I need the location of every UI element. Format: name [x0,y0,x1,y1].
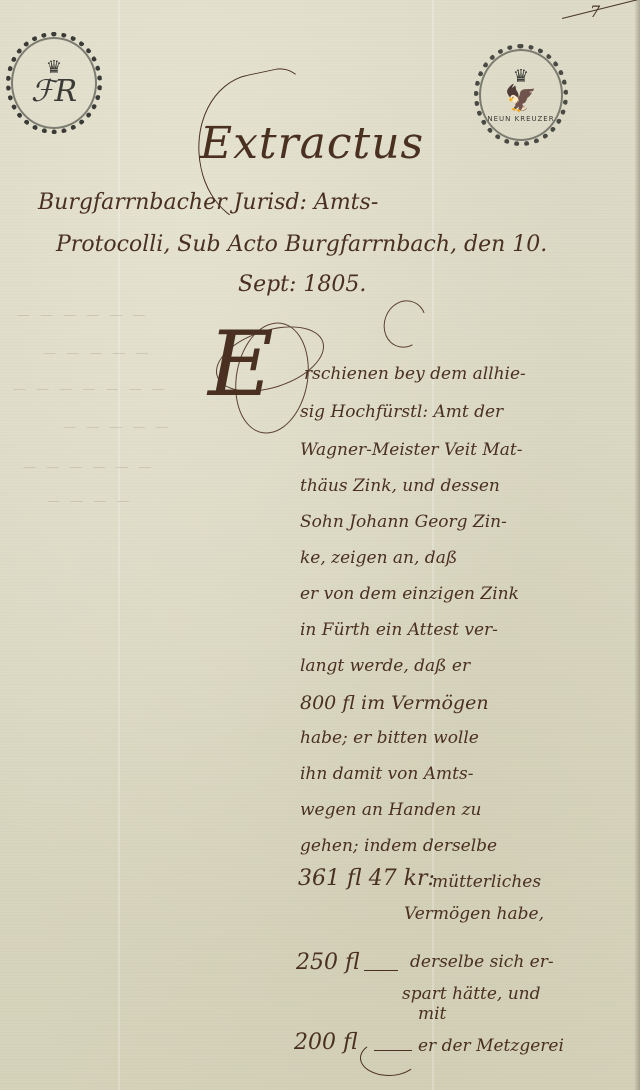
body-line: wegen an Handen zu [300,800,482,820]
bleed-through-text: — — — — — [60,420,169,435]
body-line: er von dem einzigen Zink [300,584,519,604]
entry-description: derselbe sich er- [410,952,554,972]
body-line: Sohn Johann Georg Zin- [300,512,507,532]
document-title: Extractus [200,118,424,169]
body-line: 800 fl im Vermögen [300,692,489,714]
eagle-tax-stamp-icon: ♛ 🦅 NEUN KREUZER [474,44,568,146]
bleed-through-text: — — — — — — — [10,382,165,397]
entry-amount: 200 fl [294,1030,358,1055]
body-line: thäus Zink, und dessen [300,476,500,496]
bleed-through-text: — — — — [44,494,129,509]
scanned-document-page: — — — — — — — — — — — — — — — — — — — — … [0,0,640,1090]
body-line: ihn damit von Amts- [300,764,473,784]
body-line: sig Hochfürstl: Amt der [300,402,503,422]
initial-flourish [377,294,433,353]
entry-amount: 361 fl 47 kr: [298,866,435,891]
body-line: habe; er bitten wolle [300,728,479,748]
entry-description: mit [418,1004,446,1024]
crown-monogram-seal-icon: ♛ ℱR [6,32,102,134]
paper-fold-line [118,0,120,1090]
entry-amount: 250 fl [296,950,360,975]
entry-dash [364,970,398,971]
bleed-through-text: — — — — — — [14,308,146,323]
body-line: gehen; indem derselbe [300,836,497,856]
entry-description: mütterliches [432,872,541,892]
heading-line: Sept: 1805. [238,272,366,297]
page-edge-shadow [634,0,640,1090]
paper-fold-line [432,0,434,1090]
stamp-value-text: NEUN KREUZER [487,115,554,123]
bleed-through-text: — — — — — — [20,460,152,475]
entry-description: er der Metzgerei [418,1036,564,1056]
heading-line: Burgfarrnbacher Jurisd: Amts- [38,190,378,215]
crown-icon: ♛ [513,68,529,86]
bleed-through-text: — — — — — [40,346,149,361]
monogram-text: ℱR [31,77,77,107]
heading-line: Protocolli, Sub Acto Burgfarrnbach, den … [56,232,547,257]
eagle-icon: 🦅 [505,86,537,112]
entry-description: spart hätte, und [402,984,541,1004]
entry-dash [374,1050,412,1051]
decorative-initial: E [208,320,274,410]
entry-description: Vermögen habe, [404,904,544,924]
entry-flourish [360,1040,418,1076]
body-line: Wagner-Meister Veit Mat- [300,440,523,460]
body-line: ke, zeigen an, daß [300,548,457,568]
body-line: rschienen bey dem allhie- [304,364,526,384]
body-line: in Fürth ein Attest ver- [300,620,498,640]
body-line: langt werde, daß er [300,656,470,676]
